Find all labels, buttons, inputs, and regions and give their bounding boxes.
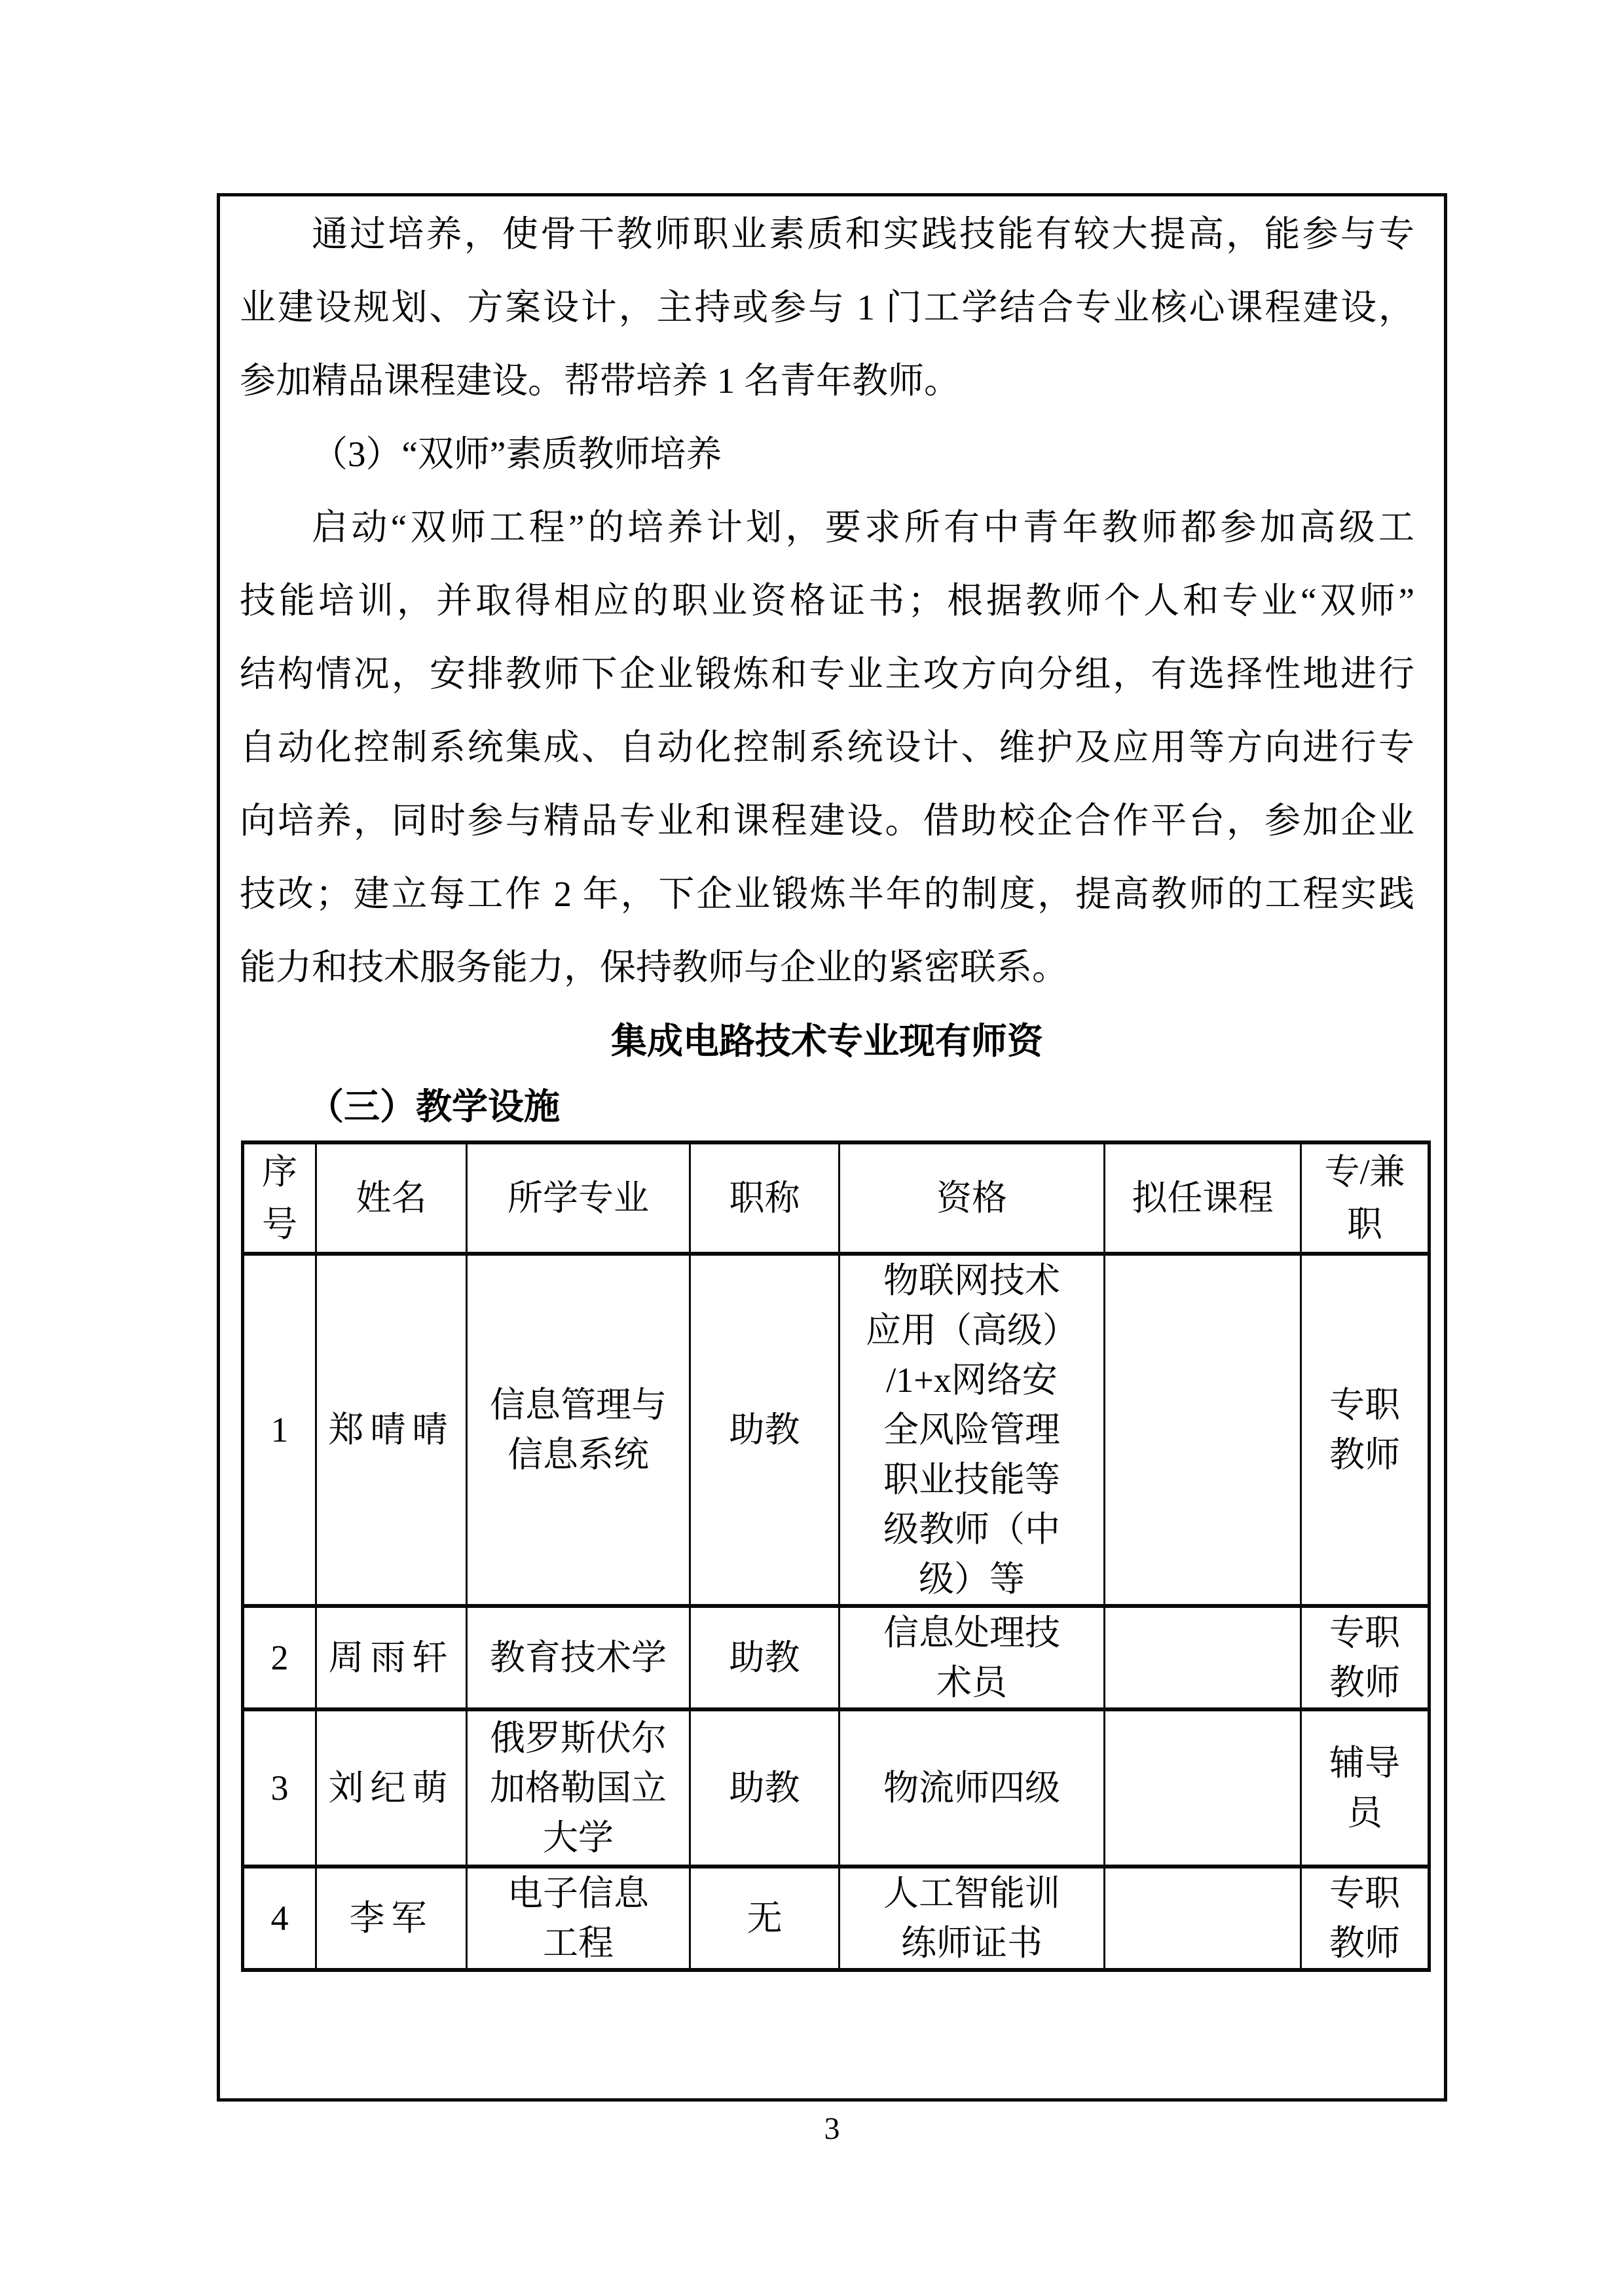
cell-title: 无	[690, 1867, 840, 1970]
table-row: 4 李军 电子信息 工程 无 人工智能训 练师证书 专职 教师	[243, 1867, 1430, 1970]
header-major: 所学专业	[467, 1142, 690, 1254]
cell-major: 俄罗斯伏尔 加格勒国立 大学	[467, 1709, 690, 1867]
cell-major: 信息管理与 信息系统	[467, 1254, 690, 1606]
body-line: 能力和技术服务能力，保持教师与企业的紧密联系。	[240, 931, 1414, 1004]
page-number: 3	[217, 2109, 1447, 2149]
cell-no: 1	[243, 1254, 316, 1606]
body-line: 通过培养，使骨干教师职业素质和实践技能有较大提高，能参与专	[240, 198, 1414, 271]
header-no: 序 号	[243, 1142, 316, 1254]
body-line: 启动“双师工程”的培养计划，要求所有中青年教师都参加高级工	[240, 491, 1414, 564]
cell-course	[1105, 1606, 1301, 1709]
cell-course	[1105, 1867, 1301, 1970]
cell-name: 郑晴晴	[316, 1254, 467, 1606]
table-row: 1 郑晴晴 信息管理与 信息系统 助教 物联网技术 应用（高级） /1+x网络安…	[243, 1254, 1430, 1606]
cell-employment: 辅导 员	[1301, 1709, 1430, 1867]
cell-course	[1105, 1709, 1301, 1867]
cell-title: 助教	[690, 1606, 840, 1709]
cell-title: 助教	[690, 1709, 840, 1867]
cell-qualification: 物联网技术 应用（高级） /1+x网络安 全风险管理 职业技能等 级教师（中 级…	[840, 1254, 1105, 1606]
document-page: 通过培养，使骨干教师职业素质和实践技能有较大提高，能参与专 业建设规划、方案设计…	[0, 0, 1624, 2296]
cell-major: 电子信息 工程	[467, 1867, 690, 1970]
body-line: 结构情况，安排教师下企业锻炼和专业主攻方向分组，有选择性地进行	[240, 638, 1414, 711]
body-line: 参加精品课程建设。帮带培养 1 名青年教师。	[240, 344, 1414, 418]
cell-qualification: 信息处理技 术员	[840, 1606, 1105, 1709]
body-line: 业建设规划、方案设计，主持或参与 1 门工学结合专业核心课程建设，	[240, 271, 1414, 344]
header-course: 拟任课程	[1105, 1142, 1301, 1254]
table-row: 2 周雨轩 教育技术学 助教 信息处理技 术员 专职 教师	[243, 1606, 1430, 1709]
table-row: 3 刘纪萌 俄罗斯伏尔 加格勒国立 大学 助教 物流师四级 辅导 员	[243, 1709, 1430, 1867]
cell-qualification: 人工智能训 练师证书	[840, 1867, 1105, 1970]
cell-no: 2	[243, 1606, 316, 1709]
body-line: 自动化控制系统集成、自动化控制系统设计、维护及应用等方向进行专	[240, 711, 1414, 784]
table-caption: 集成电路技术专业现有师资	[240, 1004, 1414, 1078]
table-header-row: 序 号 姓名 所学专业 职称 资格 拟任课程 专/兼 职	[243, 1142, 1430, 1254]
body-line: 向培养，同时参与精品专业和课程建设。借助校企合作平台，参加企业	[240, 784, 1414, 858]
cell-course	[1105, 1254, 1301, 1606]
header-title: 职称	[690, 1142, 840, 1254]
section-heading: （三）教学设施	[240, 1078, 1414, 1140]
header-name: 姓名	[316, 1142, 467, 1254]
body-line: 技能培训，并取得相应的职业资格证书；根据教师个人和专业“双师”	[240, 564, 1414, 638]
cell-employment: 专职 教师	[1301, 1867, 1430, 1970]
cell-title: 助教	[690, 1254, 840, 1606]
page-border-frame: 通过培养，使骨干教师职业素质和实践技能有较大提高，能参与专 业建设规划、方案设计…	[217, 193, 1447, 2102]
cell-major: 教育技术学	[467, 1606, 690, 1709]
cell-qualification: 物流师四级	[840, 1709, 1105, 1867]
header-employment: 专/兼 职	[1301, 1142, 1430, 1254]
cell-name: 周雨轩	[316, 1606, 467, 1709]
body-line: 技改；建立每工作 2 年，下企业锻炼半年的制度，提高教师的工程实践	[240, 858, 1414, 931]
header-qualification: 资格	[840, 1142, 1105, 1254]
staff-table: 序 号 姓名 所学专业 职称 资格 拟任课程 专/兼 职 1 郑晴晴 信息管理与…	[241, 1140, 1431, 1972]
cell-no: 4	[243, 1867, 316, 1970]
cell-employment: 专职 教师	[1301, 1606, 1430, 1709]
cell-no: 3	[243, 1709, 316, 1867]
page-content: 通过培养，使骨干教师职业素质和实践技能有较大提高，能参与专 业建设规划、方案设计…	[240, 198, 1414, 1972]
subheading: （3）“双师”素质教师培养	[240, 418, 1414, 491]
cell-name: 刘纪萌	[316, 1709, 467, 1867]
cell-employment: 专职 教师	[1301, 1254, 1430, 1606]
cell-name: 李军	[316, 1867, 467, 1970]
